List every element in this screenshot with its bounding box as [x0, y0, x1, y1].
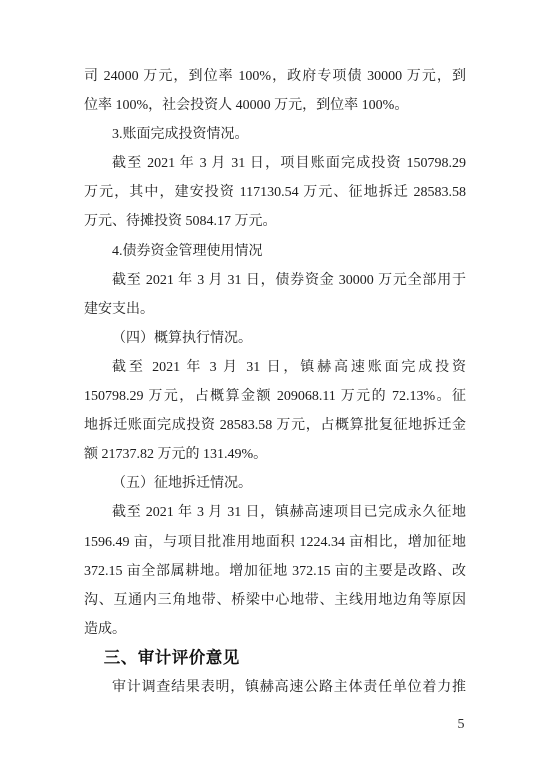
text-line: 截至 2021 年 3 月 31 日，镇赫高速项目已完成永久征地 [84, 498, 466, 527]
text-line: 1596.49 亩，与项目批准用地面积 1224.34 亩相比，增加征地 [84, 528, 466, 557]
text-line: 额 21737.82 万元的 131.49%。 [84, 440, 466, 469]
text-line: 沟、互通内三角地带、桥梁中心地带、主线用地边角等原因 [84, 586, 466, 615]
document-body: 司 24000 万元，到位率 100%，政府专项债 30000 万元，到位率 1… [84, 62, 466, 702]
text-line: 截至 2021 年 3 月 31 日，镇赫高速账面完成投资 [84, 353, 466, 382]
text-line: 4.债券资金管理使用情况 [84, 237, 466, 266]
text-line: 万元，其中，建安投资 117130.54 万元、征地拆迁 28583.58 [84, 178, 466, 207]
document-page: 司 24000 万元，到位率 100%，政府专项债 30000 万元，到位率 1… [0, 0, 550, 778]
text-line: 3.账面完成投资情况。 [84, 120, 466, 149]
subsection-heading: （四）概算执行情况。 [84, 324, 466, 353]
text-line: 万元、待摊投资 5084.17 万元。 [84, 207, 466, 236]
text-line: 造成。 [84, 615, 466, 644]
text-line: 位率 100%，社会投资人 40000 万元，到位率 100%。 [84, 91, 466, 120]
text-line: 司 24000 万元，到位率 100%，政府专项债 30000 万元，到 [84, 62, 466, 91]
section-heading: 三、审计评价意见 [84, 644, 466, 673]
text-line: 截至 2021 年 3 月 31 日，债券资金 30000 万元全部用于 [84, 266, 466, 295]
text-line: 150798.29 万元，占概算金额 209068.11 万元的 72.13%。… [84, 382, 466, 411]
text-line: 地拆迁账面完成投资 28583.58 万元，占概算批复征地拆迁金 [84, 411, 466, 440]
text-line: 建安支出。 [84, 295, 466, 324]
page-number: 5 [448, 717, 474, 733]
text-line: 372.15 亩全部属耕地。增加征地 372.15 亩的主要是改路、改 [84, 557, 466, 586]
subsection-heading: （五）征地拆迁情况。 [84, 469, 466, 498]
text-line: 审计调查结果表明，镇赫高速公路主体责任单位着力推 [84, 673, 466, 702]
text-line: 截至 2021 年 3 月 31 日，项目账面完成投资 150798.29 [84, 149, 466, 178]
